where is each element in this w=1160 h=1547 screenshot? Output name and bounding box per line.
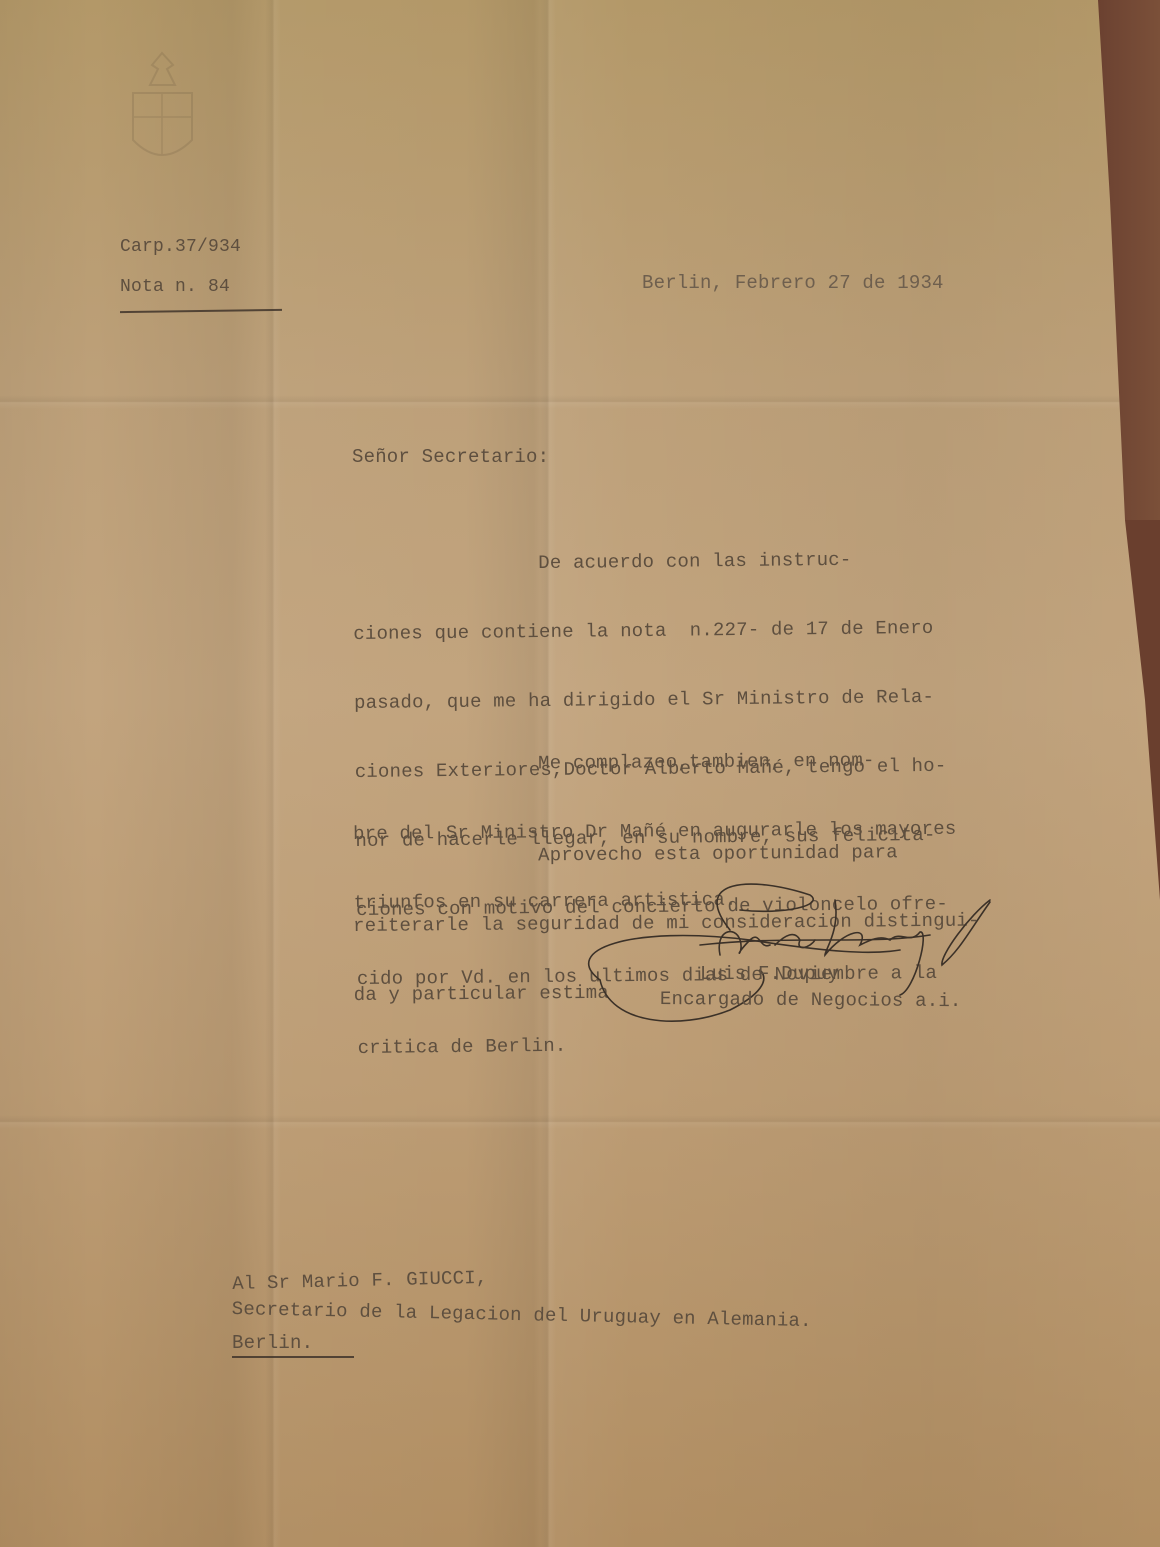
body-line: Aprovecho esta oportunidad para: [352, 841, 979, 869]
addressee-position: Secretario de la Legacion del Uruguay en…: [232, 1298, 812, 1333]
signatory-name: Luis F.Dupuy: [700, 963, 839, 986]
signatory-title: Encargado de Negocios a.i.: [660, 988, 962, 1013]
salutation: Señor Secretario:: [352, 446, 549, 469]
place-date: Berlin, Febrero 27 de 1934: [642, 272, 944, 295]
reference-underline: [120, 309, 282, 313]
paper-fold: [0, 395, 1160, 409]
note-number: Nota n. 84: [120, 276, 230, 299]
city-underline: [232, 1356, 354, 1358]
letter-paper: Carp.37/934 Nota n. 84 Berlin, Febrero 2…: [0, 0, 1160, 1547]
body-line: Me complazeo,tambien, en nom-: [352, 749, 955, 777]
folder-reference: Carp.37/934: [120, 236, 241, 259]
body-line: ciones que contiene la nota n.227- de 17…: [353, 617, 945, 646]
addressee-city: Berlin.: [232, 1332, 313, 1355]
paper-fold: [0, 1115, 1160, 1129]
body-line: De acuerdo con las instruc-: [352, 548, 944, 577]
addressee-name: Al Sr Mario F. GIUCCI,: [232, 1267, 488, 1296]
embossed-crest-icon: [115, 45, 210, 180]
